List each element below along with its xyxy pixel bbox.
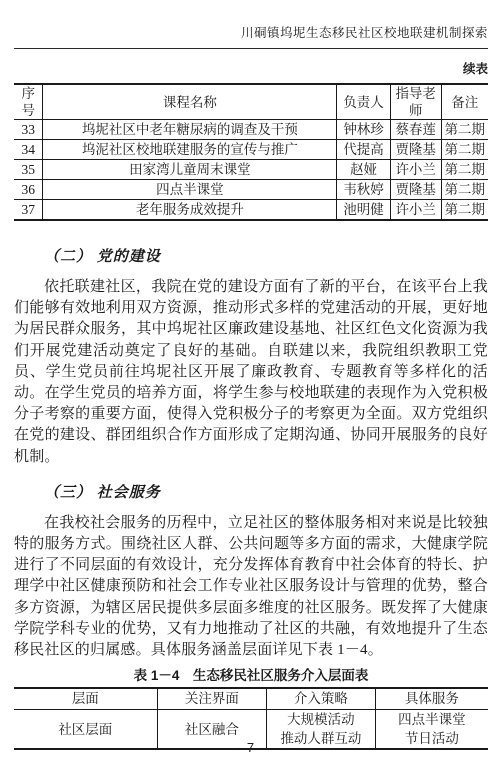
course-table-cell: 35 (14, 160, 43, 180)
course-table-cell: 34 (14, 140, 43, 160)
paragraph-party-building: 依托联建社区，我院在党的建设方面有了新的平台，在该平台上我们能够有效地利用双方资… (14, 277, 488, 468)
course-table-cell: 33 (14, 120, 43, 140)
course-table-cell: 第二期 (441, 120, 488, 140)
header-rule (14, 48, 488, 49)
course-table-cell: 贾隆基 (390, 140, 441, 160)
course-table-cell: 36 (14, 180, 43, 200)
course-table-cell: 第二期 (441, 200, 488, 221)
course-table-cell: 四点半课堂 (43, 180, 337, 200)
course-table-cell: 第二期 (441, 140, 488, 160)
course-table-cell: 钟林珍 (337, 120, 391, 140)
course-table-cell: 田家湾儿童周末课堂 (43, 160, 337, 180)
course-table-header-cell: 负责人 (337, 84, 391, 120)
section-heading-social-service: （三） 社会服务 (14, 483, 488, 504)
course-table-cell: 贾隆基 (390, 180, 441, 200)
course-table-cell: 许小兰 (390, 160, 441, 180)
course-table-cell: 第二期 (441, 180, 488, 200)
running-header-title: 川硐镇坞坭生态移民社区校地联建机制探索 (241, 26, 488, 40)
course-table-row: 35田家湾儿童周末课堂赵娅许小兰第二期 (14, 160, 488, 180)
page-number: - 7 - (0, 740, 502, 755)
course-table-cell: 坞坭社区中老年糖尿病的调查及干预 (43, 120, 337, 140)
course-table-cell: 韦秋婷 (337, 180, 391, 200)
course-table-header-cell: 备注 (441, 84, 488, 120)
course-table-cell: 池明健 (337, 200, 391, 221)
section-heading-party-building: （二） 党的建设 (14, 247, 488, 268)
course-table-header-cell: 序号 (14, 84, 43, 120)
running-header: 川硐镇坞坭生态移民社区校地联建机制探索 (14, 26, 488, 41)
course-table-header-cell: 课程名称 (43, 84, 337, 120)
service-table-header-cell: 关注界面 (157, 688, 266, 710)
course-table-row: 34坞泥社区校地联建服务的宣传与推广代提高贾隆基第二期 (14, 140, 488, 160)
service-table-caption: 表 1－4 生态移民社区服务介入层面表 (14, 667, 488, 684)
course-table-cell: 赵娅 (337, 160, 391, 180)
continued-table-label: 续表 (14, 62, 488, 77)
document-page: 川硐镇坞坭生态移民社区校地联建机制探索 续表 序号课程名称负责人指导老师备注 3… (0, 0, 502, 779)
service-table-header-row: 层面关注界面介入策略具体服务 (14, 688, 488, 710)
course-table-cell: 蔡春莲 (390, 120, 441, 140)
course-table-row: 37老年服务成效提升池明健许小兰第二期 (14, 200, 488, 221)
course-table-cell: 第二期 (441, 160, 488, 180)
course-table-row: 36四点半课堂韦秋婷贾隆基第二期 (14, 180, 488, 200)
course-table-cell: 37 (14, 200, 43, 221)
course-table-cell: 许小兰 (390, 200, 441, 221)
course-table: 序号课程名称负责人指导老师备注 33坞坭社区中老年糖尿病的调查及干预钟林珍蔡春莲… (14, 83, 488, 221)
service-table-header-cell: 层面 (14, 688, 157, 710)
service-table-header-cell: 介入策略 (267, 688, 376, 710)
course-table-header-cell: 指导老师 (390, 84, 441, 120)
course-table-header-row: 序号课程名称负责人指导老师备注 (14, 84, 488, 120)
service-table-header-cell: 具体服务 (375, 688, 488, 710)
course-table-row: 33坞坭社区中老年糖尿病的调查及干预钟林珍蔡春莲第二期 (14, 120, 488, 140)
course-table-cell: 老年服务成效提升 (43, 200, 337, 221)
paragraph-social-service: 在我校社会服务的历程中，立足社区的整体服务相对来说是比较独特的服务方式。围绕社区… (14, 513, 488, 661)
course-table-cell: 坞泥社区校地联建服务的宣传与推广 (43, 140, 337, 160)
course-table-cell: 代提高 (337, 140, 391, 160)
